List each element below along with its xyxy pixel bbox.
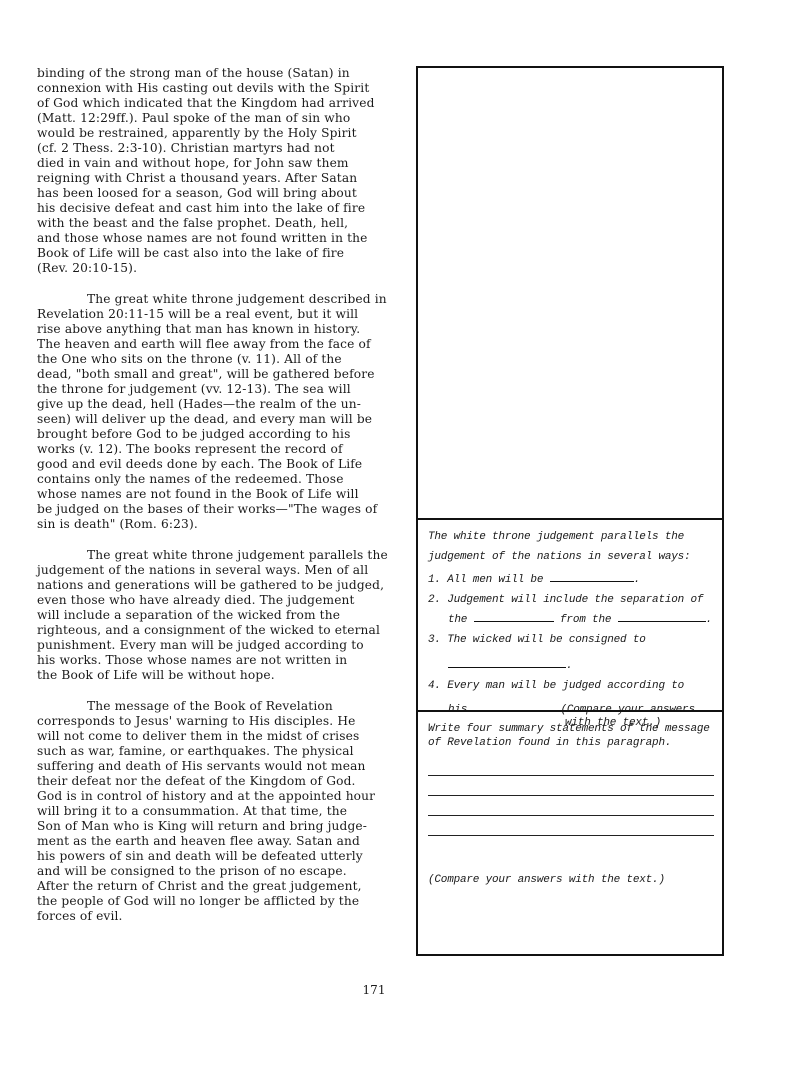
text-line: of God which indicated that the Kingdom …: [37, 96, 413, 111]
body-paragraph: The great white throne judgement paralle…: [37, 548, 413, 683]
item-text: 3. The wicked will be consigned to: [428, 634, 646, 646]
divider: [418, 518, 722, 520]
text-line: even those who have already died. The ju…: [37, 593, 413, 608]
text-line: has been loosed for a season, God will b…: [37, 186, 413, 201]
exercise-parallels: The white throne judgement parallels the…: [428, 530, 718, 729]
answer-line[interactable]: [428, 756, 714, 776]
text-line: whose names are not found in the Book of…: [37, 487, 413, 502]
text-line: ment as the earth and heaven flee away. …: [37, 834, 413, 849]
fill-in-blank[interactable]: [618, 610, 706, 622]
exercise-item-3: 3. The wicked will be consigned to: [428, 630, 718, 650]
text-line: with the beast and the false prophet. De…: [37, 216, 413, 231]
text-line: (Matt. 12:29ff.). Paul spoke of the man …: [37, 111, 413, 126]
fill-in-blank[interactable]: [550, 570, 634, 582]
text-line: (cf. 2 Thess. 2:3-10). Christian martyrs…: [37, 141, 413, 156]
text-line: died in vain and without hope, for John …: [37, 156, 413, 171]
text-line: The heaven and earth will flee away from…: [37, 337, 413, 352]
text-line: his powers of sin and death will be defe…: [37, 849, 413, 864]
page-number: 171: [0, 983, 748, 997]
item-text: from the: [560, 614, 611, 626]
text-line: seen) will deliver up the dead, and ever…: [37, 412, 413, 427]
text-line: nations and generations will be gathered…: [37, 578, 413, 593]
answer-line[interactable]: [428, 776, 714, 796]
item-punct: .: [706, 614, 712, 626]
item-text: the: [448, 614, 467, 626]
blank-notes-area: [418, 68, 722, 520]
exercise-intro-line: of Revelation found in this paragraph.: [428, 736, 723, 750]
text-line: binding of the strong man of the house (…: [37, 66, 413, 81]
text-line: forces of evil.: [37, 909, 413, 924]
exercise-intro-line: The white throne judgement parallels the: [428, 530, 718, 544]
text-line: (Rev. 20:10-15).: [37, 261, 413, 276]
text-line: sin is death" (Rom. 6:23).: [37, 517, 413, 532]
text-line: The message of the Book of Revelation: [37, 699, 413, 714]
text-line: would be restrained, apparently by the H…: [37, 126, 413, 141]
study-sidebar-box: The white throne judgement parallels the…: [416, 66, 724, 956]
fill-in-blank[interactable]: [448, 656, 566, 668]
text-line: works (v. 12). The books represent the r…: [37, 442, 413, 457]
fill-in-blank[interactable]: [474, 610, 554, 622]
text-line: After the return of Christ and the great…: [37, 879, 413, 894]
text-line: will not come to deliver them in the mid…: [37, 729, 413, 744]
text-line: good and evil deeds done by each. The Bo…: [37, 457, 413, 472]
text-line: the Book of Life will be without hope.: [37, 668, 413, 683]
text-line: Revelation 20:11-15 will be a real event…: [37, 307, 413, 322]
text-line: their defeat nor the defeat of the Kingd…: [37, 774, 413, 789]
text-line: punishment. Every man will be judged acc…: [37, 638, 413, 653]
item-punct: .: [566, 660, 572, 672]
body-paragraph: The message of the Book of Revelationcor…: [37, 699, 413, 924]
exercise-intro-line: judgement of the nations in several ways…: [428, 550, 718, 564]
text-line: be judged on the bases of their works—"T…: [37, 502, 413, 517]
text-line: the people of God will no longer be affl…: [37, 894, 413, 909]
text-line: The great white throne judgement describ…: [37, 292, 413, 307]
text-line: corresponds to Jesus' warning to His dis…: [37, 714, 413, 729]
exercise-item-1: 1. All men will be .: [428, 570, 718, 590]
text-line: Book of Life will be cast also into the …: [37, 246, 413, 261]
text-line: judgement of the nations in several ways…: [37, 563, 413, 578]
text-line: brought before God to be judged accordin…: [37, 427, 413, 442]
text-line: his works. Those whose names are not wri…: [37, 653, 413, 668]
exercise-item-2: 2. Judgement will include the separation…: [428, 590, 718, 610]
exercise-item-4: 4. Every man will be judged according to: [428, 676, 718, 696]
main-text-column: binding of the strong man of the house (…: [37, 66, 413, 940]
text-line: suffering and death of His servants woul…: [37, 759, 413, 774]
text-line: connexion with His casting out devils wi…: [37, 81, 413, 96]
exercise-item-4-cont: his . (Compare your answers: [428, 700, 718, 717]
text-line: the One who sits on the throne (v. 11). …: [37, 352, 413, 367]
exercise-item-3-cont: .: [428, 656, 718, 676]
body-paragraph: binding of the strong man of the house (…: [37, 66, 413, 276]
text-line: contains only the names of the redeemed.…: [37, 472, 413, 487]
exercise-summary: Write four summary statements of the mes…: [428, 722, 723, 886]
answer-line[interactable]: [428, 816, 714, 836]
text-line: the throne for judgement (vv. 12-13). Th…: [37, 382, 413, 397]
text-line: and will be consigned to the prison of n…: [37, 864, 413, 879]
exercise-item-2-cont: the from the .: [428, 610, 718, 630]
body-paragraph: The great white throne judgement describ…: [37, 292, 413, 532]
text-line: reigning with Christ a thousand years. A…: [37, 171, 413, 186]
text-line: Son of Man who is King will return and b…: [37, 819, 413, 834]
text-line: his decisive defeat and cast him into th…: [37, 201, 413, 216]
text-line: The great white throne judgement paralle…: [37, 548, 413, 563]
item-text: 1. All men will be: [428, 574, 543, 586]
text-line: such as war, famine, or earthquakes. The…: [37, 744, 413, 759]
text-line: rise above anything that man has known i…: [37, 322, 413, 337]
answer-line[interactable]: [428, 796, 714, 816]
text-line: dead, "both small and great", will be ga…: [37, 367, 413, 382]
item-punct: .: [634, 574, 640, 586]
text-line: God is in control of history and at the …: [37, 789, 413, 804]
text-line: righteous, and a consignment of the wick…: [37, 623, 413, 638]
text-line: will bring it to a consummation. At that…: [37, 804, 413, 819]
item-text: 4. Every man will be judged according to: [428, 680, 684, 692]
item-text: 2. Judgement will include the separation…: [428, 594, 703, 606]
text-line: and those whose names are not found writ…: [37, 231, 413, 246]
text-line: will include a separation of the wicked …: [37, 608, 413, 623]
divider: [418, 710, 722, 712]
answer-lines: [428, 750, 723, 836]
text-line: give up the dead, hell (Hades—the realm …: [37, 397, 413, 412]
exercise-intro-line: Write four summary statements of the mes…: [428, 722, 723, 736]
compare-note: (Compare your answers with the text.): [428, 874, 723, 886]
